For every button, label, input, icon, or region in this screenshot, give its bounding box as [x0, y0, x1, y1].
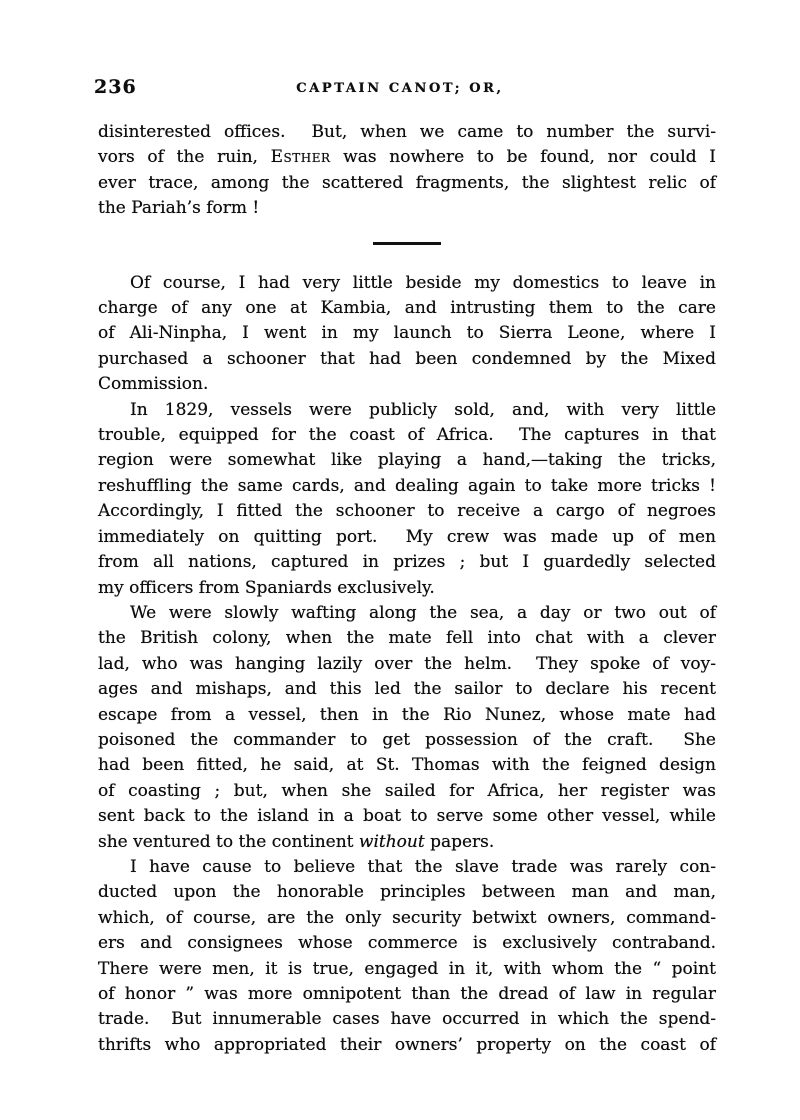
text-line: Accordingly, I fitted the schooner to re… — [98, 499, 716, 524]
text-line: reshuffling the same cards, and dealing … — [98, 474, 716, 499]
text-line: my officers from Spaniards exclusively. — [98, 576, 716, 601]
paragraph: We were slowly wafting along the sea, a … — [98, 601, 716, 855]
text-line: of honor ” was more omnipotent than the … — [98, 982, 716, 1007]
text-line: from all nations, captured in prizes ; b… — [98, 550, 716, 575]
text-line: poisoned the commander to get possession… — [98, 728, 716, 753]
text-line: she ventured to the continent without pa… — [98, 830, 716, 855]
section-divider — [373, 242, 441, 245]
text-line: I have cause to believe that the slave t… — [98, 855, 716, 880]
paragraph: Of course, I had very little beside my d… — [98, 271, 716, 398]
text-line: ducted upon the honorable principles bet… — [98, 880, 716, 905]
text-line: purchased a schooner that had been conde… — [98, 347, 716, 372]
text-line: which, of course, are the only security … — [98, 906, 716, 931]
text-line: escape from a vessel, then in the Rio Nu… — [98, 703, 716, 728]
text-line: of Ali-Ninpha, I went in my launch to Si… — [98, 321, 716, 346]
text-line: charge of any one at Kambia, and intrust… — [98, 296, 716, 321]
text-line: region were somewhat like playing a hand… — [98, 448, 716, 473]
text-line: the British colony, when the mate fell i… — [98, 626, 716, 651]
text-line: ers and consignees whose commerce is exc… — [98, 931, 716, 956]
text-line: disinterested offices. But, when we came… — [98, 120, 716, 145]
text-line: had been fitted, he said, at St. Thomas … — [98, 753, 716, 778]
text-line: the Pariah’s form ! — [98, 196, 716, 221]
text-line: immediately on quitting port. My crew wa… — [98, 525, 716, 550]
book-page: 236 CAPTAIN CANOT; OR, disinterested off… — [0, 0, 800, 1120]
text-line: thrifts who appropriated their owners’ p… — [98, 1033, 716, 1058]
text-line: In 1829, vessels were publicly sold, and… — [98, 398, 716, 423]
text-line: of coasting ; but, when she sailed for A… — [98, 779, 716, 804]
page-number: 236 — [94, 77, 137, 97]
text-line: Of course, I had very little beside my d… — [98, 271, 716, 296]
text-line: vors of the ruin, Esther was nowhere to … — [98, 145, 716, 170]
text-line: lad, who was hanging lazily over the hel… — [98, 652, 716, 677]
text-line: trade. But innumerable cases have occurr… — [98, 1007, 716, 1032]
text-line: sent back to the island in a boat to ser… — [98, 804, 716, 829]
text-line: ever trace, among the scattered fragment… — [98, 171, 716, 196]
paragraph: disinterested offices. But, when we came… — [98, 120, 716, 222]
text-line: We were slowly wafting along the sea, a … — [98, 601, 716, 626]
text-line: ages and mishaps, and this led the sailo… — [98, 677, 716, 702]
page-body: disinterested offices. But, when we came… — [98, 120, 716, 1058]
paragraph: In 1829, vessels were publicly sold, and… — [98, 398, 716, 601]
paragraph: I have cause to believe that the slave t… — [98, 855, 716, 1058]
text-line: trouble, equipped for the coast of Afric… — [98, 423, 716, 448]
text-line: Commission. — [98, 372, 716, 397]
text-line: There were men, it is true, engaged in i… — [98, 957, 716, 982]
running-header: 236 CAPTAIN CANOT; OR, — [0, 77, 800, 99]
